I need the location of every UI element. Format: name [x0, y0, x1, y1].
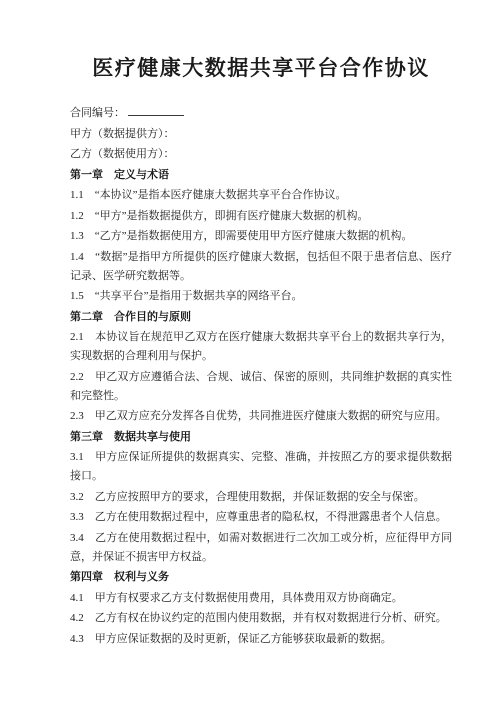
clause: 1.3 “乙方”是指数据使用方，即需要使用甲方医疗健康大数据的机构。: [70, 227, 452, 246]
contract-number-line: 合同编号：: [70, 104, 452, 123]
clause: 3.4 乙方在使用数据过程中，如需对数据进行二次加工或分析，应征得甲方同意，并保…: [70, 529, 452, 567]
clause: 1.1 “本协议”是指本医疗健康大数据共享平台合作协议。: [70, 186, 452, 205]
contract-number-label: 合同编号：: [70, 107, 125, 119]
clause: 2.3 甲乙双方应充分发挥各自优势，共同推进医疗健康大数据的研究与应用。: [70, 407, 452, 426]
clause: 2.2 甲乙双方应遵循合法、合规、诚信、保密的原则，共同维护数据的真实性和完整性…: [70, 368, 452, 406]
clause: 3.3 乙方在使用数据过程中，应尊重患者的隐私权，不得泄露患者个人信息。: [70, 508, 452, 527]
section-heading-chapter-1: 第一章 定义与术语: [70, 166, 452, 185]
document-page: 医疗健康大数据共享平台合作协议 合同编号： 甲方（数据提供方）： 乙方（数据使用…: [0, 0, 500, 707]
clause: 3.1 甲方应保证所提供的数据真实、完整、准确，并按照乙方的要求提供数据接口。: [70, 448, 452, 486]
party-a-line: 甲方（数据提供方）：: [70, 125, 452, 144]
clause: 2.1 本协议旨在规范甲乙双方在医疗健康大数据共享平台上的数据共享行为，实现数据…: [70, 328, 452, 366]
section-heading-chapter-3: 第三章 数据共享与使用: [70, 428, 452, 447]
clause: 4.2 乙方有权在协议约定的范围内使用数据，并有权对数据进行分析、研究。: [70, 609, 452, 628]
clause: 3.2 乙方应按照甲方的要求，合理使用数据，并保证数据的安全与保密。: [70, 488, 452, 507]
section-heading-chapter-2: 第二章 合作目的与原则: [70, 308, 452, 327]
clause: 4.3 甲方应保证数据的及时更新，保证乙方能够获取最新的数据。: [70, 630, 452, 649]
clause: 4.1 甲方有权要求乙方支付数据使用费用，具体费用双方协商确定。: [70, 589, 452, 608]
contract-number-blank: [128, 104, 184, 116]
party-b-line: 乙方（数据使用方）：: [70, 145, 452, 164]
clause: 1.5 “共享平台”是指用于数据共享的网络平台。: [70, 287, 452, 306]
clause: 1.2 “甲方”是指数据提供方，即拥有医疗健康大数据的机构。: [70, 207, 452, 226]
document-title: 医疗健康大数据共享平台合作协议: [70, 54, 452, 82]
section-heading-chapter-4: 第四章 权利与义务: [70, 568, 452, 587]
clause: 1.4 “数据”是指甲方所提供的医疗健康大数据，包括但不限于患者信息、医疗记录、…: [70, 248, 452, 286]
